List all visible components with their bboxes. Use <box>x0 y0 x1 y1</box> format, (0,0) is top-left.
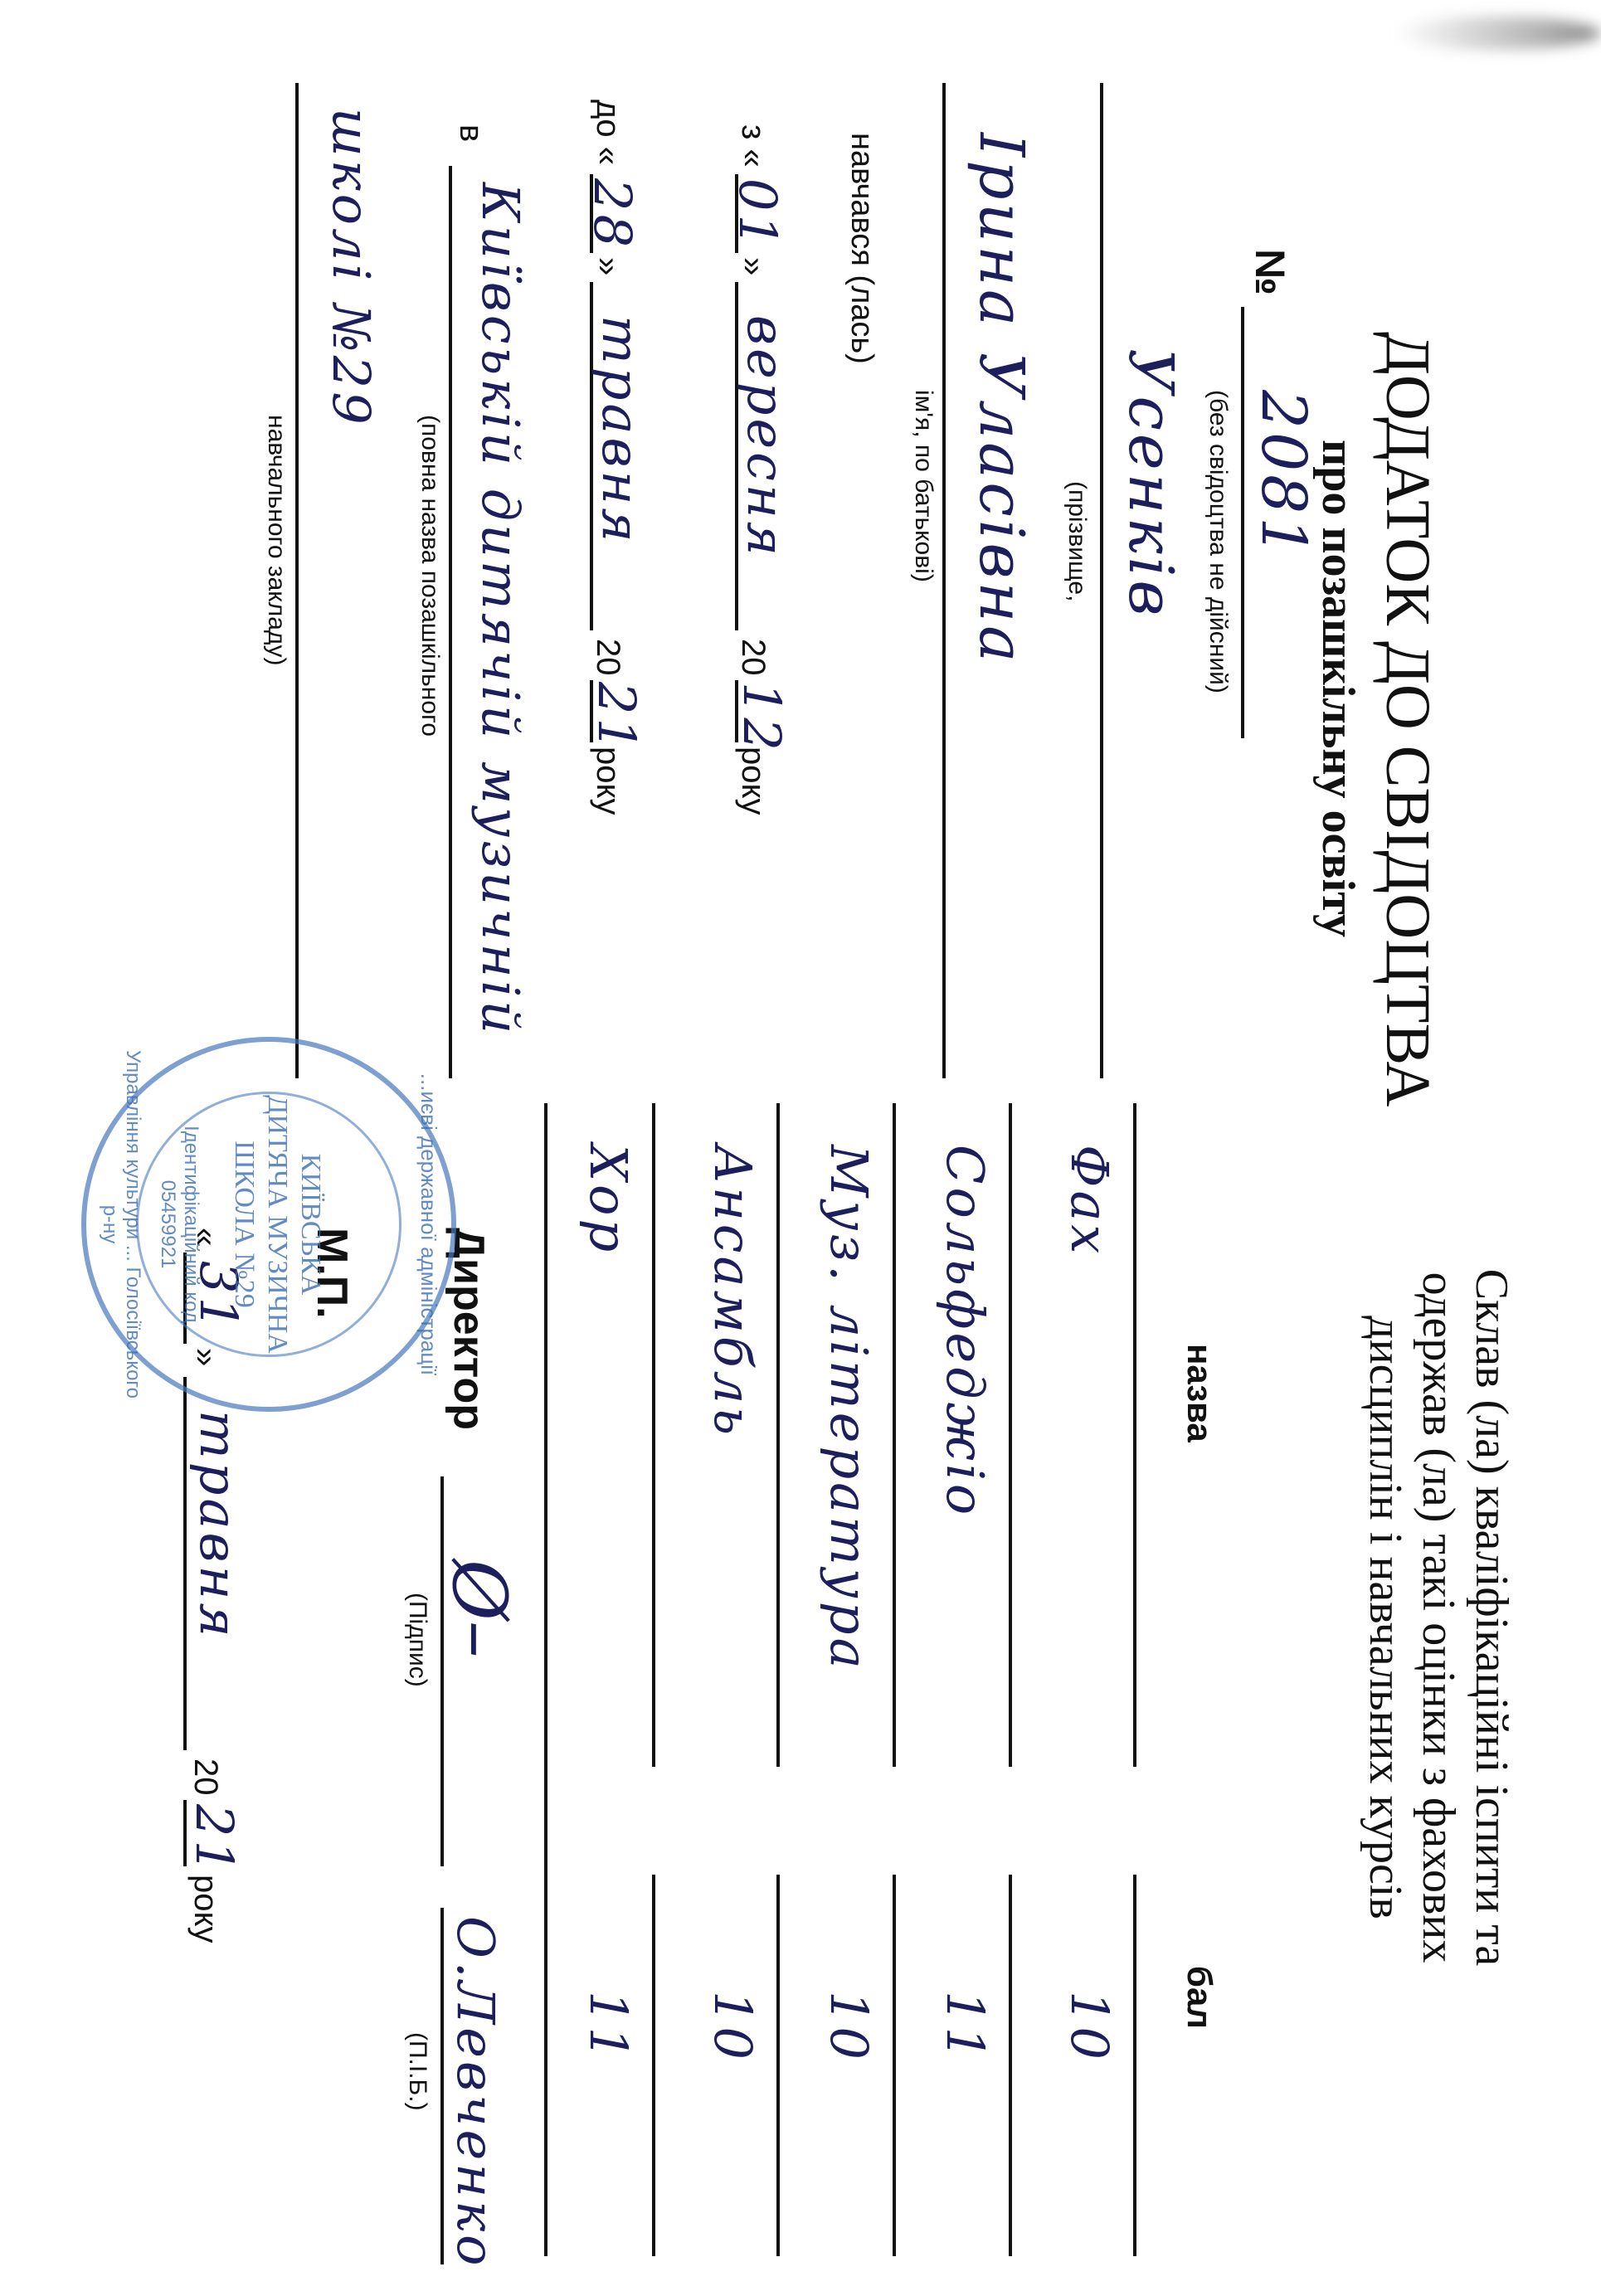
grade-score: 10 <box>703 1991 763 2063</box>
stamp-code-label: Ідентифікаційний код <box>179 1042 202 1407</box>
grade-name-line <box>893 1103 896 1767</box>
signature-line <box>440 1476 444 1866</box>
issue-month: травня <box>188 1410 249 1640</box>
issue-month-line <box>183 1377 187 1750</box>
column-name-header: назва <box>1180 1344 1219 1442</box>
stamp-line-2: ДИТЯЧА МУЗИЧНА <box>260 1042 294 1407</box>
to-month: травня <box>591 315 651 545</box>
surname-line <box>1100 83 1103 1078</box>
grades-bottom-line <box>544 1103 547 2256</box>
stamp-center-text: КИЇВСЬКА ДИТЯЧА МУЗИЧНА ШКОЛА №29 <box>227 1042 327 1407</box>
grade-subject: Сольфеджіо <box>935 1145 995 1518</box>
from-century: 20 <box>734 639 771 676</box>
grade-score: 11 <box>578 1991 639 2063</box>
document-subtitle: про позашкільну освіту <box>1311 440 1365 937</box>
school-name-2: школі №29 <box>321 108 382 428</box>
number-line <box>1241 307 1244 738</box>
to-century: 20 <box>589 639 626 676</box>
grades-heading: Склав (ла) кваліфікаційні іспити та одер… <box>1359 1244 1518 1991</box>
to-prefix: до « <box>589 100 626 165</box>
column-score-header: бал <box>1180 1966 1219 2029</box>
grade-score-line <box>1133 1875 1136 2256</box>
from-suffix: року <box>734 747 771 815</box>
grade-score-line <box>1009 1875 1012 2256</box>
stamp-code: Ідентифікаційний код 05459921 <box>156 1042 202 1407</box>
stamp-ring-bottom-text: Управління культури ... Голосіївського р… <box>98 1042 144 1407</box>
document-title: ДОДАТОК ДО СВІДОЦТВА <box>1371 332 1443 1107</box>
director-name: О.Левченко <box>445 1916 506 2269</box>
stamp-ring-top-text: ...иєві державної адміністрації <box>416 1042 441 1407</box>
name-caption-pib: (П.І.Б.) <box>403 2032 431 2111</box>
to-suffix: року <box>589 747 626 815</box>
issue-date-suffix: року <box>187 1875 224 1943</box>
to-year: 21 <box>586 682 647 754</box>
to-day: 28 <box>582 178 643 251</box>
number-caption: (без свідоцтва не дійсний) <box>1204 390 1232 693</box>
grade-score: 11 <box>935 1991 995 2063</box>
school-prefix: в <box>452 124 489 142</box>
school-name-1: Київській дитячій музичній <box>470 182 531 1037</box>
certificate-number: 2081 <box>1248 390 1319 559</box>
issue-century: 20 <box>187 1758 224 1796</box>
stamp-line-1: КИЇВСЬКА <box>294 1042 327 1407</box>
from-month: вересня <box>736 315 796 559</box>
school-line-2 <box>295 83 299 1078</box>
from-prefix: з « <box>734 124 771 168</box>
school-caption-1: (повна назва позашкільного <box>416 415 444 737</box>
from-day: 01 <box>728 178 788 251</box>
grade-subject: Фах <box>1059 1145 1120 1257</box>
director-name-line <box>440 1908 444 2264</box>
surname-value: Усенків <box>1115 348 1186 619</box>
grade-score: 10 <box>819 1991 879 2063</box>
school-stamp: ...иєві державної адміністрації КИЇВСЬКА… <box>81 1037 456 1412</box>
grade-score-line <box>652 1875 655 2256</box>
grade-subject: Хор <box>578 1145 639 1255</box>
grade-name-line <box>776 1103 780 1767</box>
stamp-code-value: 05459921 <box>156 1042 179 1407</box>
from-mid: » <box>734 257 771 275</box>
from-year: 12 <box>732 682 792 754</box>
grade-score-line <box>893 1875 896 2256</box>
issue-year: 21 <box>184 1804 245 1876</box>
certificate-supplement-page: ДОДАТОК ДО СВІДОЦТВА про позашкільну осв… <box>0 0 1601 2296</box>
director-signature: Ø– <box>436 1559 523 1658</box>
grade-subject: Ансамбль <box>703 1145 763 1438</box>
studied-label: навчався (лась) <box>844 133 879 364</box>
grade-name-line <box>1009 1103 1012 1767</box>
grade-score-line <box>776 1875 780 2256</box>
name-caption: ім'я, по батькові) <box>909 390 937 582</box>
grade-subject: Муз. література <box>819 1145 879 1672</box>
name-line <box>942 83 946 1078</box>
grade-name-line <box>1133 1103 1136 1767</box>
to-mid: » <box>589 257 626 275</box>
signature-caption: (Підпис) <box>403 1593 431 1687</box>
number-label: № <box>1246 249 1294 295</box>
grade-score: 10 <box>1059 1991 1120 2063</box>
surname-caption: (прізвище, <box>1063 481 1091 601</box>
school-caption-2: навчального закладу) <box>262 415 290 665</box>
name-value: Ірина Уласівна <box>966 133 1037 665</box>
grade-name-line <box>652 1103 655 1767</box>
stamp-line-3: ШКОЛА №29 <box>227 1042 260 1407</box>
school-line-1 <box>449 166 452 1078</box>
